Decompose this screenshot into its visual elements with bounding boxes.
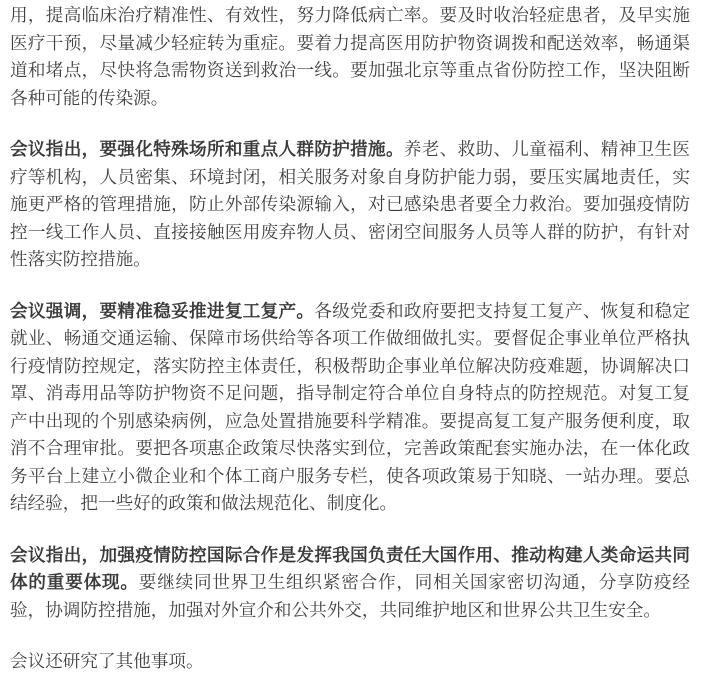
paragraph-body: 各级党委和政府要把支持复工复产、恢复和稳定就业、畅通交通运输、保障市场供给等各项… xyxy=(10,301,690,514)
paragraph-other-matters: 会议还研究了其他事项。 xyxy=(10,648,690,676)
paragraph-bold-lead: 会议指出，要强化特殊场所和重点人群防护措施。 xyxy=(10,139,404,159)
paragraph-body: 会议还研究了其他事项。 xyxy=(10,651,204,671)
paragraph-bold-lead: 会议强调，要精准稳妥推进复工复产。 xyxy=(10,301,314,321)
paragraph-work-resumption: 会议强调，要精准稳妥推进复工复产。各级党委和政府要把支持复工复产、恢复和稳定就业… xyxy=(10,298,690,518)
paragraph-medical-treatment: 用，提高临床治疗精准性、有效性，努力降低病亡率。要及时收治轻症患者，及早实施医疗… xyxy=(10,2,690,112)
document-page: 用，提高临床治疗精准性、有效性，努力降低病亡率。要及时收治轻症患者，及早实施医疗… xyxy=(0,0,704,676)
paragraph-international-cooperation: 会议指出，加强疫情防控国际合作是发挥我国负责任大国作用、推动构建人类命运共同体的… xyxy=(10,542,690,625)
paragraph-special-places-protection: 会议指出，要强化特殊场所和重点人群防护措施。养老、救助、儿童福利、精神卫生医疗等… xyxy=(10,136,690,274)
paragraph-body: 用，提高临床治疗精准性、有效性，努力降低病亡率。要及时收治轻症患者，及早实施医疗… xyxy=(10,5,690,108)
